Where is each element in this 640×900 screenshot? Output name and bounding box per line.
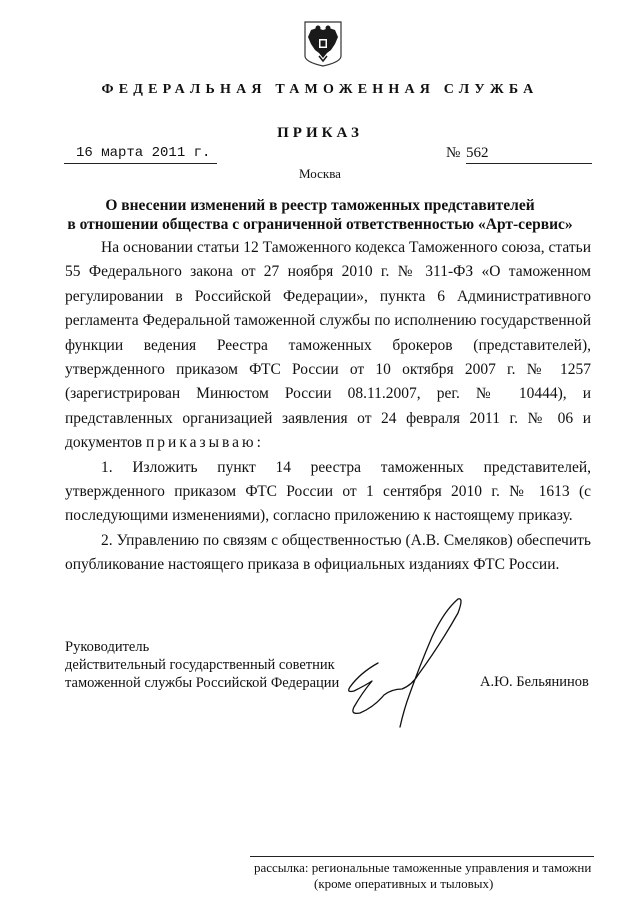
preamble-text: На основании статьи 12 Таможенного кодек… [65, 239, 591, 451]
distribution-line-2: (кроме оперативных и тыловых) [254, 876, 591, 892]
subject-line-2: в отношении общества с ограниченной отве… [0, 215, 640, 234]
handwritten-signature-icon [340, 585, 485, 730]
order-body: На основании статьи 12 Таможенного кодек… [65, 236, 591, 578]
agency-name: ФЕДЕРАЛЬНАЯ ТАМОЖЕННАЯ СЛУЖБА [0, 82, 640, 98]
order-date: 16 марта 2011 г. [64, 145, 217, 164]
number-sign: № [446, 145, 460, 162]
distribution-line-1: рассылка: региональные таможенные управл… [254, 860, 591, 875]
coat-of-arms-icon [303, 20, 343, 68]
subject-line-1: О внесении изменений в реестр таможенных… [0, 196, 640, 215]
order-item-2: 2. Управлению по связям с общественность… [65, 529, 591, 578]
order-item-1: 1. Изложить пункт 14 реестра таможенных … [65, 456, 591, 529]
signatory-title-line-1: Руководитель [65, 638, 339, 656]
signatory-title-line-3: таможенной службы Российской Федерации [65, 674, 339, 692]
distribution-divider [250, 856, 594, 857]
order-subject: О внесении изменений в реестр таможенных… [0, 196, 640, 234]
document-type: ПРИКАЗ [0, 125, 640, 142]
signatory-title: Руководитель действительный государствен… [65, 638, 339, 692]
order-word: приказываю: [146, 434, 264, 451]
signatory-title-line-2: действительный государственный советник [65, 656, 339, 674]
signatory-name: А.Ю. Бельянинов [480, 674, 589, 691]
city: Москва [0, 166, 640, 182]
order-number: № 562 [446, 145, 592, 164]
distribution-list: рассылка: региональные таможенные управл… [254, 860, 591, 892]
preamble-paragraph: На основании статьи 12 Таможенного кодек… [65, 236, 591, 456]
order-number-value: 562 [466, 145, 592, 164]
